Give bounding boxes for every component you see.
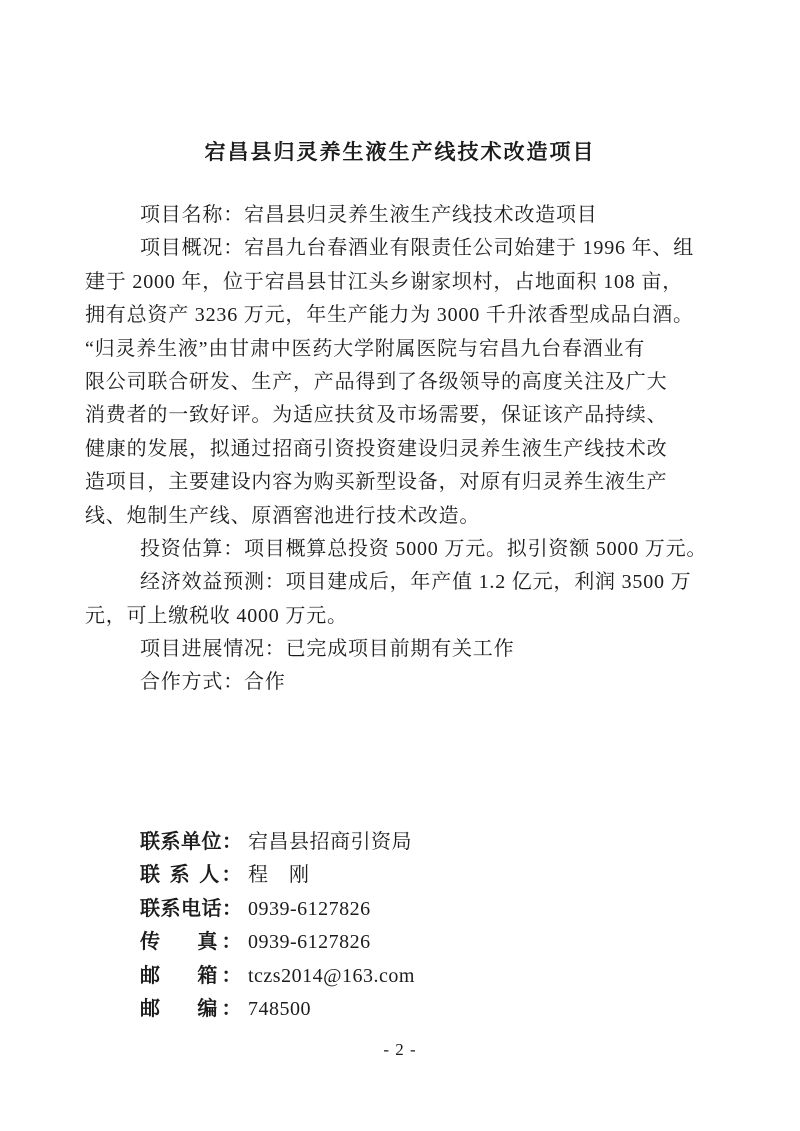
contact-value: 0939-6127826 [242, 898, 371, 920]
body-line: 投资估算：项目概算总投资 5000 万元。拟引资额 5000 万元。 [85, 533, 713, 566]
body-line: 项目名称：宕昌县归灵养生液生产线技术改造项目 [85, 199, 713, 232]
body-line: 合作方式：合作 [85, 666, 713, 699]
body-line: 造项目，主要建设内容为购买新型设备，对原有归灵养生液生产 [85, 466, 713, 499]
body-line: 建于 2000 年，位于宕昌县甘江头乡谢家坝村，占地面积 108 亩， [85, 266, 713, 299]
contact-label: 联 系 人： [140, 859, 242, 892]
contact-block: 联系单位：宕昌县招商引资局 联 系 人：程 刚 联系电话：0939-612782… [140, 826, 415, 1026]
body-line: 元，可上缴税收 4000 万元。 [85, 600, 713, 633]
contact-row: 邮 箱：tczs2014@163.com [140, 960, 415, 993]
contact-row: 联系单位：宕昌县招商引资局 [140, 826, 415, 859]
contact-label: 联系单位： [140, 826, 242, 859]
contact-row: 联系电话：0939-6127826 [140, 893, 415, 926]
contact-value: 程 刚 [242, 864, 310, 886]
contact-label: 联系电话： [140, 893, 242, 926]
body-line: “归灵养生液”由甘肃中医药大学附属医院与宕昌九台春酒业有 [85, 333, 713, 366]
contact-label: 邮 编： [140, 993, 242, 1026]
body-line: 拥有总资产 3236 万元，年生产能力为 3000 千升浓香型成品白酒。 [85, 299, 713, 332]
contact-value: 宕昌县招商引资局 [242, 831, 412, 853]
document-body: 项目名称：宕昌县归灵养生液生产线技术改造项目 项目概况：宕昌九台春酒业有限责任公… [85, 199, 713, 700]
document-page: 宕昌县归灵养生液生产线技术改造项目 项目名称：宕昌县归灵养生液生产线技术改造项目… [0, 0, 800, 1131]
contact-label: 传 真： [140, 926, 242, 959]
contact-value: tczs2014@163.com [242, 965, 415, 987]
document-title: 宕昌县归灵养生液生产线技术改造项目 [0, 136, 800, 166]
body-line: 健康的发展，拟通过招商引资投资建设归灵养生液生产线技术改 [85, 433, 713, 466]
body-line: 项目进展情况：已完成项目前期有关工作 [85, 633, 713, 666]
body-line: 经济效益预测：项目建成后，年产值 1.2 亿元，利润 3500 万 [85, 566, 713, 599]
contact-row: 联 系 人：程 刚 [140, 859, 415, 892]
contact-value: 748500 [242, 998, 311, 1020]
body-line: 项目概况：宕昌九台春酒业有限责任公司始建于 1996 年、组 [85, 232, 713, 265]
page-number: - 2 - [0, 1040, 800, 1060]
contact-row: 传 真：0939-6127826 [140, 926, 415, 959]
contact-row: 邮 编：748500 [140, 993, 415, 1026]
body-line: 限公司联合研发、生产，产品得到了各级领导的高度关注及广大 [85, 366, 713, 399]
body-line: 线、炮制生产线、原酒窖池进行技术改造。 [85, 500, 713, 533]
contact-label: 邮 箱： [140, 960, 242, 993]
contact-value: 0939-6127826 [242, 931, 371, 953]
body-line: 消费者的一致好评。为适应扶贫及市场需要，保证该产品持续、 [85, 399, 713, 432]
